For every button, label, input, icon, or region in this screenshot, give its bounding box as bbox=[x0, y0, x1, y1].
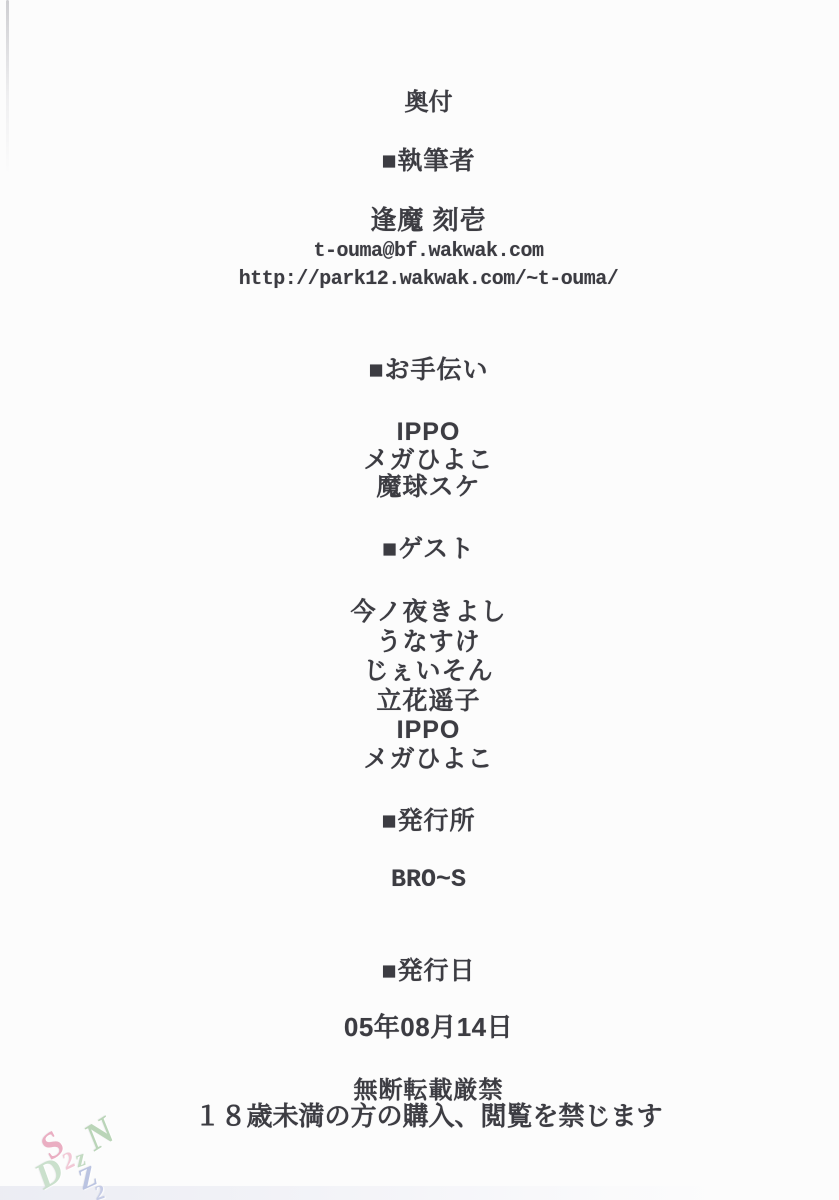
colophon-text-column: 奥付 ■執筆者 逢魔 刻壱 t-ouma@bf.wakwak.com http:… bbox=[9, 0, 839, 1200]
guest-name: うなすけ bbox=[9, 629, 839, 657]
age-restriction-notice: １８歳未満の方の購入、閲覧を禁じます bbox=[9, 1102, 839, 1131]
guest-name: メガひよこ bbox=[9, 746, 839, 774]
section-heading-publisher: ■発行所 bbox=[9, 808, 839, 836]
guest-name: 立花遥子 bbox=[9, 688, 839, 716]
guest-name: 今ノ夜きよし bbox=[9, 599, 839, 627]
guest-name: IPPO bbox=[9, 717, 839, 745]
author-email: t-ouma@bf.wakwak.com bbox=[9, 241, 839, 263]
scanned-colophon-page: 奥付 ■執筆者 逢魔 刻壱 t-ouma@bf.wakwak.com http:… bbox=[0, 0, 839, 1200]
section-heading-helpers: ■お手伝い bbox=[9, 357, 839, 385]
author-name: 逢魔 刻壱 bbox=[9, 206, 839, 235]
author-url: http://park12.wakwak.com/~t-ouma/ bbox=[9, 269, 839, 291]
helper-name: IPPO bbox=[9, 419, 839, 447]
helper-name: メガひよこ bbox=[9, 447, 839, 475]
page-title: 奥付 bbox=[9, 90, 839, 116]
issue-date: 05年08月14日 bbox=[9, 1013, 839, 1042]
guest-name: じぇいそん bbox=[9, 658, 839, 686]
section-heading-issue-date: ■発行日 bbox=[9, 958, 839, 986]
publisher-circle-name: BRO~S bbox=[9, 866, 839, 894]
helper-name: 魔球スケ bbox=[9, 474, 839, 502]
section-heading-guests: ■ゲスト bbox=[9, 536, 839, 564]
section-heading-author: ■執筆者 bbox=[9, 148, 839, 176]
